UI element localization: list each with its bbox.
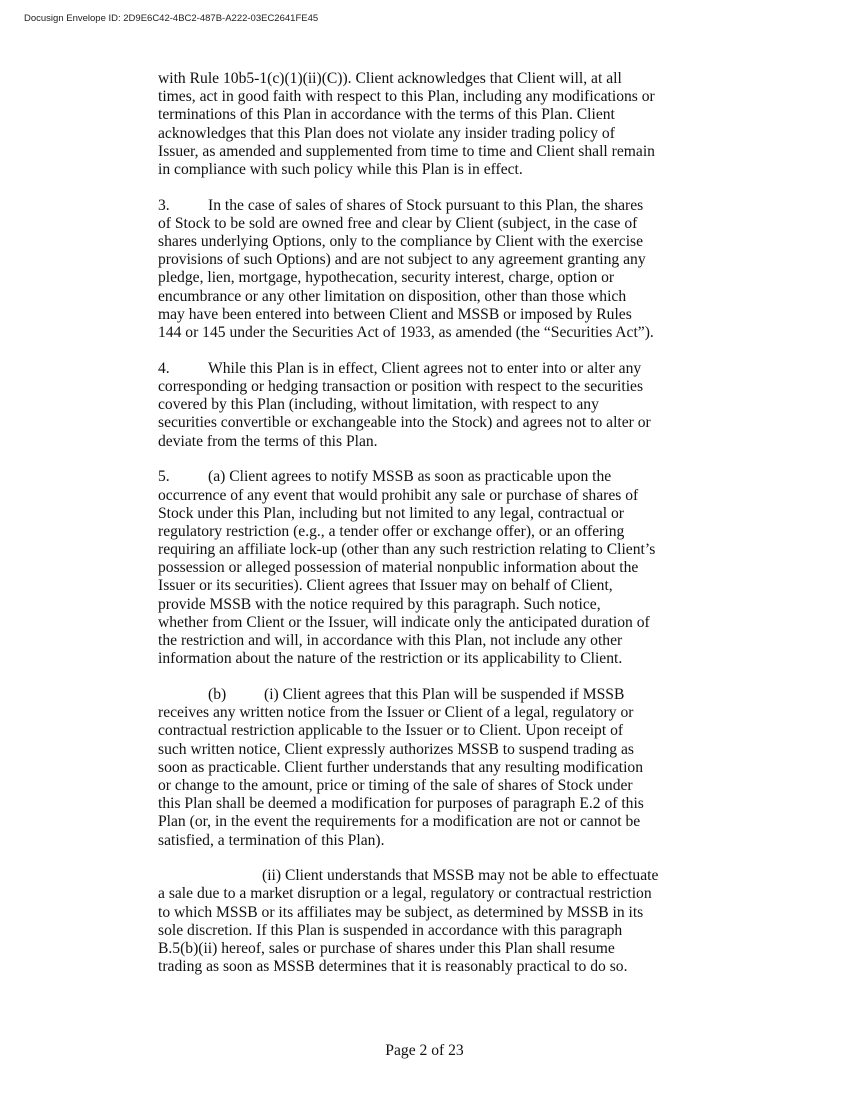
text-line: this Plan shall be deemed a modification…	[158, 795, 698, 813]
text-line: Plan (or, in the event the requirements …	[158, 813, 698, 831]
text-line: receives any written notice from the Iss…	[158, 704, 698, 722]
text-line: In the case of sales of shares of Stock …	[208, 197, 643, 214]
text-line: terminations of this Plan in accordance …	[158, 106, 698, 124]
text-line: occurrence of any event that would prohi…	[158, 487, 698, 505]
text-line: While this Plan is in effect, Client agr…	[208, 360, 641, 377]
text-line: (ii) Client understands that MSSB may no…	[262, 867, 658, 884]
text-line: contractual restriction applicable to th…	[158, 722, 698, 740]
text-line: with Rule 10b5-1(c)(1)(ii)(C)). Client a…	[158, 70, 698, 88]
paragraph-5a: 5.(a) Client agrees to notify MSSB as so…	[158, 468, 698, 668]
text-line: whether from Client or the Issuer, will …	[158, 614, 698, 632]
paragraph-number: 3.	[158, 197, 208, 215]
text-line: acknowledges that this Plan does not vio…	[158, 125, 698, 143]
text-line: Stock under this Plan, including but not…	[158, 505, 698, 523]
text-line: deviate from the terms of this Plan.	[158, 433, 698, 451]
text-line: regulatory restriction (e.g., a tender o…	[158, 523, 698, 541]
docusign-envelope-id: Docusign Envelope ID: 2D9E6C42-4BC2-487B…	[24, 13, 318, 24]
text-line: of Stock to be sold are owned free and c…	[158, 215, 698, 233]
text-line: trading as soon as MSSB determines that …	[158, 958, 698, 976]
paragraph-4: 4.While this Plan is in effect, Client a…	[158, 360, 698, 451]
text-line: to which MSSB or its affiliates may be s…	[158, 904, 698, 922]
text-line: Issuer or its securities). Client agrees…	[158, 577, 698, 595]
text-line: covered by this Plan (including, without…	[158, 396, 698, 414]
text-line: such written notice, Client expressly au…	[158, 741, 698, 759]
text-line: B.5(b)(ii) hereof, sales or purchase of …	[158, 940, 698, 958]
paragraph-3: 3.In the case of sales of shares of Stoc…	[158, 197, 698, 343]
text-line: in compliance with such policy while thi…	[158, 161, 698, 179]
paragraph-number: 4.	[158, 360, 208, 378]
text-line: possession or alleged possession of mate…	[158, 559, 698, 577]
text-line: or change to the amount, price or timing…	[158, 777, 698, 795]
text-line: encumbrance or any other limitation on d…	[158, 288, 698, 306]
subparagraph-label: (b)	[208, 686, 264, 704]
text-line: pledge, lien, mortgage, hypothecation, s…	[158, 269, 698, 287]
paragraph-5b-ii: (ii) Client understands that MSSB may no…	[158, 867, 698, 976]
text-line: requiring an affiliate lock-up (other th…	[158, 541, 698, 559]
text-line: sole discretion. If this Plan is suspend…	[158, 922, 698, 940]
text-line: satisfied, a termination of this Plan).	[158, 832, 698, 850]
text-line: the restriction and will, in accordance …	[158, 632, 698, 650]
text-line: provide MSSB with the notice required by…	[158, 596, 698, 614]
paragraph-number: 5.	[158, 468, 208, 486]
text-line: (a) Client agrees to notify MSSB as soon…	[208, 468, 611, 485]
text-line: soon as practicable. Client further unde…	[158, 759, 698, 777]
text-line: information about the nature of the rest…	[158, 650, 698, 668]
text-line: may have been entered into between Clien…	[158, 306, 698, 324]
text-line: 144 or 145 under the Securities Act of 1…	[158, 324, 698, 342]
text-line: a sale due to a market disruption or a l…	[158, 885, 698, 903]
text-line: (i) Client agrees that this Plan will be…	[264, 686, 624, 703]
paragraph-continuation: with Rule 10b5-1(c)(1)(ii)(C)). Client a…	[158, 70, 698, 179]
text-line: corresponding or hedging transaction or …	[158, 378, 698, 396]
text-line: provisions of such Options) and are not …	[158, 251, 698, 269]
text-line: Issuer, as amended and supplemented from…	[158, 143, 698, 161]
text-line: shares underlying Options, only to the c…	[158, 233, 698, 251]
text-line: times, act in good faith with respect to…	[158, 88, 698, 106]
paragraph-5b-i: (b)(i) Client agrees that this Plan will…	[158, 686, 698, 850]
page-number: Page 2 of 23	[0, 1042, 849, 1060]
document-body: with Rule 10b5-1(c)(1)(ii)(C)). Client a…	[158, 70, 698, 976]
text-line: securities convertible or exchangeable i…	[158, 414, 698, 432]
